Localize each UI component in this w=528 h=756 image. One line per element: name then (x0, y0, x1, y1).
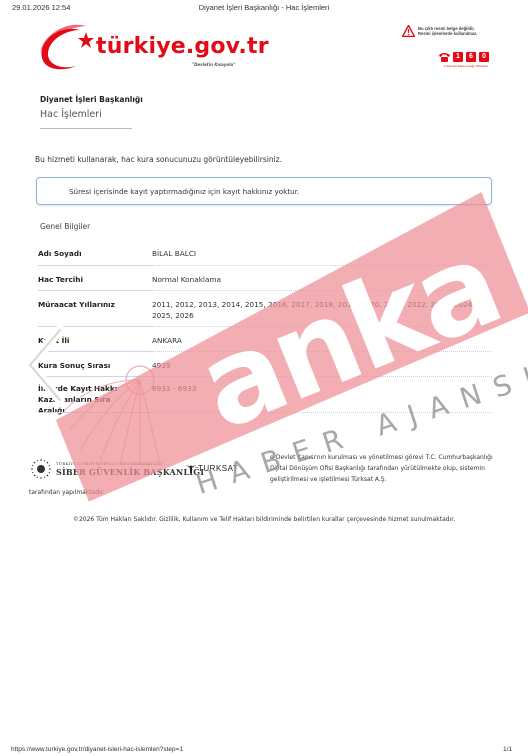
row-value: BİLAL BALCI (152, 248, 492, 259)
print-header: 29.01.2026 12:54 Diyanet İşleri Başkanlı… (0, 3, 528, 15)
page-title: Hac İşlemleri (40, 109, 102, 120)
warning-icon (402, 25, 415, 37)
site-header: türkiye.gov.tr "Devletin Kısayolu" Bu çı… (0, 18, 528, 80)
row-value: Normal Konaklama (152, 274, 492, 285)
copyright-text: ©2026 Tüm Hakları Saklıdır. Gizlilik, Ku… (0, 516, 528, 523)
hotline-160: 1 6 0 e-Devlet Kapısı Çağrı Merkezi (438, 52, 494, 72)
siber-guvenlik-logo[interactable]: TÜRKİYE CUMHURİYETİ CUMHURBAŞKANLIĞI SİB… (56, 461, 204, 477)
table-row: Müraacat Yıllarınız 2011, 2012, 2013, 20… (38, 291, 492, 327)
hotline-digit: 0 (479, 52, 489, 62)
print-url: https://www.turkiye.gov.tr/diyanet-isler… (11, 746, 183, 753)
footer-logos: TÜRKİYE CUMHURİYETİ CUMHURBAŞKANLIĞI SİB… (30, 458, 270, 482)
title-divider (40, 128, 132, 129)
row-value: 4939 (152, 360, 492, 371)
info-alert: Süresi içerisinde kayıt yaptırmadığınız … (36, 177, 492, 205)
phone-icon (438, 52, 451, 62)
not-official-notice: Bu çıktı resmi belge değildir. Resmi işl… (402, 25, 522, 41)
row-value: 2011, 2012, 2013, 2014, 2015, 2016, 2017… (152, 299, 492, 321)
row-label: Adı Soyadı (38, 248, 82, 259)
alert-message: Süresi içerisinde kayıt yaptırmadığınız … (69, 187, 299, 196)
table-row: Kura Sonuç Sırası 4939 (38, 352, 492, 377)
row-label: Kura Sonuç Sırası (38, 360, 110, 371)
breadcrumb: Diyanet İşleri Başkanlığı Hac İşlemleri (40, 95, 143, 104)
logo-tagline: "Devletin Kısayolu" (192, 62, 235, 67)
general-info-table: Adı Soyadı BİLAL BALCI Hac Tercihi Norma… (38, 240, 492, 413)
row-label: Kayıt İli (38, 335, 69, 346)
institution-name[interactable]: Diyanet İşleri Başkanlığı (40, 95, 143, 104)
footer-description: e-Devlet Kapısı'nın kurulması ve yönetil… (270, 452, 510, 485)
section-title: Genel Bilgiler (40, 222, 90, 231)
logo-wordmark: türkiye.gov.tr (96, 34, 269, 59)
row-label: Müraacat Yıllarınız (38, 299, 115, 310)
row-label: Hac Tercihi (38, 274, 83, 285)
hotline-digit: 6 (466, 52, 476, 62)
hotline-caption: e-Devlet Kapısı Çağrı Merkezi (438, 64, 494, 68)
print-page-number: 1/1 (503, 746, 512, 753)
table-row: Hac Tercihi Normal Konaklama (38, 266, 492, 291)
turksat-logo[interactable]: TURKSAT (198, 464, 238, 473)
row-value: 6933 - 6933 (152, 383, 492, 394)
notice-line-2: Resmi işlemlerde kullanılmaz. (418, 31, 477, 36)
table-row: İlinizde Kayıt Hakkı Kazananların Sıra A… (38, 377, 492, 413)
crescent-star-icon (36, 22, 100, 74)
hotline-digit: 1 (453, 52, 463, 62)
turkiye-gov-logo[interactable]: türkiye.gov.tr "Devletin Kısayolu" (36, 22, 276, 78)
turksat-mark-icon (186, 464, 196, 473)
table-row: Adı Soyadı BİLAL BALCI (38, 240, 492, 266)
table-row: Kayıt İli ANKARA (38, 327, 492, 352)
siber-guvenlik-emblem-icon (30, 458, 52, 480)
intro-text: Bu hizmeti kullanarak, hac kura sonucunu… (35, 155, 282, 164)
row-value: ANKARA (152, 335, 492, 346)
footer-description-cont: tarafından yapılmaktadır. (29, 489, 105, 496)
print-page-title: Diyanet İşleri Başkanlığı - Hac İşlemler… (0, 3, 528, 12)
